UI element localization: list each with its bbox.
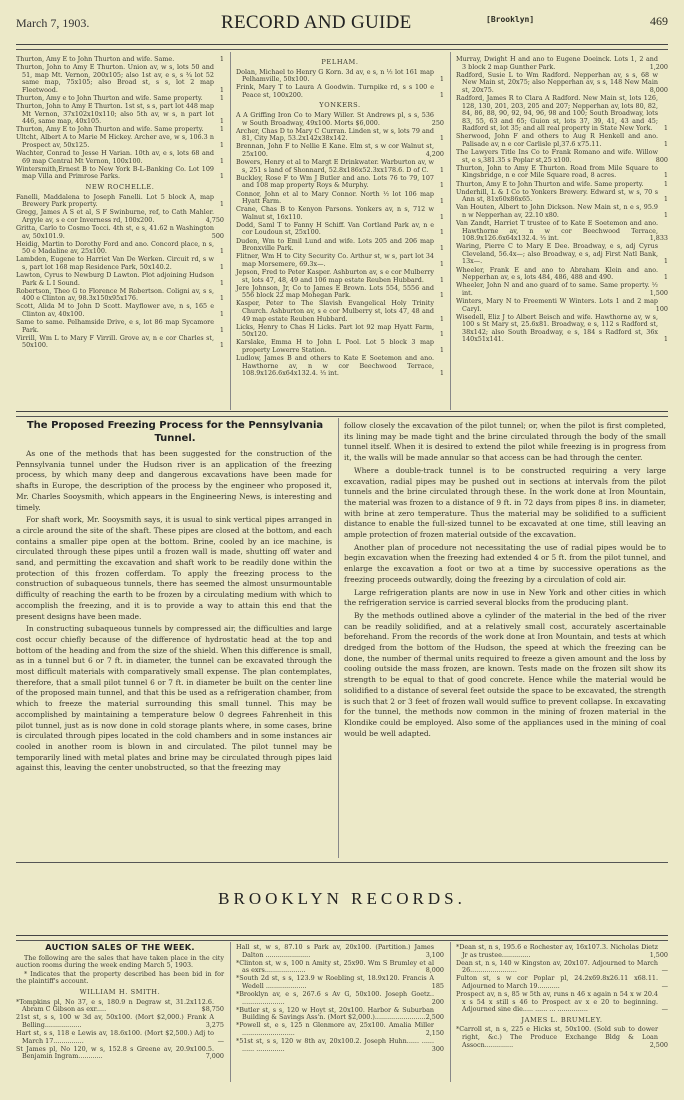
page-header: March 7, 1903. RECORD AND GUIDE [Brookly… bbox=[16, 12, 668, 32]
record-entry: Thurton, John to Amy E Thurton. Road fro… bbox=[456, 165, 668, 180]
record-entry: Winters, Mary N to Freementi W Winters. … bbox=[456, 298, 668, 313]
record-entry: *Brooklyn av, e s, 267.6 s Av G, 50x100.… bbox=[236, 991, 444, 1006]
article-paragraph: In constructing subaqueous tunnels by co… bbox=[16, 624, 332, 774]
record-entry: *Carroll st, n s, 225 e Hicks st, 50x100… bbox=[456, 1026, 668, 1049]
record-entry: Buckley, Rose F to Wm J Butler and ano. … bbox=[236, 175, 444, 190]
record-text: *Dean st, n s, 195.6 e Rochester av, 16x… bbox=[456, 943, 658, 959]
record-amount: 1 bbox=[220, 295, 224, 303]
record-entry: Fulton st, s w cor Poplar pl, 24.2x69.8x… bbox=[456, 975, 668, 990]
record-text: St James pl, No 120, w s, 152.8 s Greene… bbox=[16, 1045, 214, 1061]
record-entry: *South 2d st, s s, 123.9 w Roebling st, … bbox=[236, 975, 444, 990]
record-entry: Dolan, Michael to Henry G Korn. 3d av, e… bbox=[236, 69, 444, 84]
auction-column-1: AUCTION SALES OF THE WEEK. The following… bbox=[16, 944, 224, 1061]
auction-note: * Indicates that the property described … bbox=[16, 971, 224, 986]
section-label: [Brooklyn] bbox=[486, 15, 534, 24]
article-paragraph: For shaft work, Mr. Sooysmith says, it i… bbox=[16, 515, 332, 622]
record-text: Prospect av, n s, 85 w 5th av, runs n 46… bbox=[456, 990, 658, 1013]
article-end-rule bbox=[16, 862, 668, 863]
auction-intro: The following are the sales that have ta… bbox=[16, 955, 224, 970]
record-amount: 1 bbox=[220, 56, 224, 64]
record-text: Thurton, Amy e to John Thurton and wife.… bbox=[16, 94, 203, 102]
record-text: Thurton, Amy E to John Thurton and wife.… bbox=[456, 180, 644, 188]
record-entry: Wheeler, John N and ano guard of to same… bbox=[456, 282, 668, 297]
auctioneer-smith: WILLIAM H. SMITH. bbox=[16, 989, 224, 997]
column-divider bbox=[338, 418, 339, 858]
record-text: Karslake, Emma H to John L Pool. Lot 5 b… bbox=[236, 338, 434, 354]
record-text: The Lawyers Title Ins Co to Frank Romano… bbox=[456, 148, 658, 164]
record-text: Wisedell, Eliz J to Albert Beisch and wi… bbox=[456, 313, 658, 344]
record-text: Murray, Dwight H and ano to Eugene Doein… bbox=[456, 55, 658, 71]
record-entry: Gregg, James A S et al, S F Swinburne, r… bbox=[16, 209, 224, 224]
record-amount: — bbox=[662, 1006, 668, 1014]
record-entry: Frink, Mary T to Laura A Goodwin. Turnpi… bbox=[236, 84, 444, 99]
auction-column-2: Hall st, w s, 87.10 s Park av, 20x100. (… bbox=[236, 944, 444, 1054]
article-title: The Proposed Freezing Process for the Pe… bbox=[16, 419, 334, 445]
record-text: Ludlow, James B and others to Kate E Soe… bbox=[236, 354, 434, 377]
record-entry: Murray, Dwight H and ano to Eugene Doein… bbox=[456, 56, 668, 71]
record-entry: Van Zandt, Harriet T trustee of to Kate … bbox=[456, 220, 668, 243]
record-amount: 1 bbox=[664, 141, 668, 149]
column-divider bbox=[230, 52, 231, 410]
record-amount: 1 bbox=[220, 201, 224, 209]
record-text: *Powell st, e s, 125 n Glenmore av, 25x1… bbox=[236, 1021, 434, 1037]
auction-sales-title: AUCTION SALES OF THE WEEK. bbox=[16, 944, 224, 952]
record-amount: 1 bbox=[664, 336, 668, 344]
record-text: Brennan, John F to Nellie E Kane. Elm st… bbox=[236, 142, 434, 158]
record-entry: St James pl, No 120, w s, 152.8 s Greene… bbox=[16, 1046, 224, 1061]
record-text: Buckley, Rose F to Wm J Butler and ano. … bbox=[236, 174, 434, 190]
article-column-right: follow closely the excavation of the pil… bbox=[344, 421, 666, 741]
record-amount: 1 bbox=[220, 248, 224, 256]
header-rule bbox=[16, 44, 668, 50]
record-text: Lawton, Cyrus to Newburg D Lawton. Plot … bbox=[16, 271, 214, 287]
record-entry: Waring, Pierre C to Mary E Dee. Broadway… bbox=[456, 243, 668, 266]
record-amount: 1 bbox=[220, 280, 224, 288]
record-text: Jepson, Fred to Peter Kasper. Ashburton … bbox=[236, 268, 434, 284]
record-entry: Thurton, John to Amy E Thurton. 1st st, … bbox=[16, 103, 224, 126]
record-text: Gritta, Carlo to Cosmo Tocci. 4th st, e … bbox=[16, 224, 214, 240]
record-text: Virrill, Wm L to Mary F Virrill. Grove a… bbox=[16, 334, 214, 350]
record-text: *Butler st, s s, 120 w Hoyt st, 20x100. … bbox=[236, 1006, 434, 1022]
subhead-yonkers: YONKERS. bbox=[236, 102, 444, 110]
record-text: Thurton, John to Amy E Thurton. Road fro… bbox=[456, 164, 658, 180]
record-text: Thurton, John to Amy E Thurton. Union av… bbox=[16, 63, 214, 94]
record-amount: 1 bbox=[440, 370, 444, 378]
record-amount: 2,500 bbox=[650, 1042, 668, 1050]
record-entry: Jepson, Fred to Peter Kasper. Ashburton … bbox=[236, 269, 444, 284]
subhead-new-rochelle: NEW ROCHELLE. bbox=[16, 184, 224, 192]
record-entry: The Lawyers Title Ins Co to Frank Romano… bbox=[456, 149, 668, 164]
record-entry: Sherwood, John F and others to Aug R Hen… bbox=[456, 133, 668, 148]
record-text: Crane, Chas B to Kenyon Parsons. Yonkers… bbox=[236, 205, 434, 221]
record-entry: Bowers, Henry et al to Margt E Drinkwate… bbox=[236, 159, 444, 174]
record-entry: Ludlow, James B and others to Kate E Soe… bbox=[236, 355, 444, 378]
record-entry: Flitner, Wm H to City Security Co. Arthu… bbox=[236, 253, 444, 268]
record-amount: 7,000 bbox=[206, 1053, 224, 1061]
record-text: *Tompkins pl, No 37, e s, 180.9 n Degraw… bbox=[16, 998, 214, 1014]
record-amount: 1 bbox=[664, 181, 668, 189]
record-text: Wheeler, John N and ano guard of to same… bbox=[456, 281, 658, 297]
record-text: 21st st, s s, 100 w 3d av, 50x100. (Mort… bbox=[16, 1013, 214, 1029]
record-amount: 1 bbox=[664, 258, 668, 266]
record-text: Robertson, Theo G to Florence M Robertso… bbox=[16, 287, 214, 303]
record-text: Gregg, James A S et al, S F Swinburne, r… bbox=[16, 208, 214, 224]
article-paragraph: Another plan of procedure not necessitat… bbox=[344, 543, 666, 586]
record-text: Connor, John et al to Mary Connor. North… bbox=[236, 190, 434, 206]
record-entry: Same to same. Pelhamside Drive, e s, lot… bbox=[16, 319, 224, 334]
article-paragraph: Large refrigeration plants are now in us… bbox=[344, 588, 666, 609]
record-amount: 300 bbox=[432, 1046, 444, 1054]
record-entry: *Dean st, n s, 195.6 e Rochester av, 16x… bbox=[456, 944, 668, 959]
transfers-column-3: Murray, Dwight H and ano to Eugene Doein… bbox=[456, 56, 668, 344]
record-text: Thurton, Amy E to John Thurton and wife.… bbox=[16, 55, 174, 63]
record-text: Van Houten, Albert to John Dickson. New … bbox=[456, 203, 658, 219]
article-paragraph: As one of the methods that has been sugg… bbox=[16, 449, 332, 513]
article-column-left: As one of the methods that has been sugg… bbox=[16, 449, 332, 776]
record-text: Bowers, Henry et al to Margt E Drinkwate… bbox=[236, 158, 434, 174]
record-entry: Wintersmith,Ernest B to New York B-L-Ban… bbox=[16, 166, 224, 181]
record-amount: 1 bbox=[220, 126, 224, 134]
record-text: Duden, Wm to Emil Lund and wife. Lots 20… bbox=[236, 237, 434, 253]
record-entry: Radford, Susie L to Wm Radford. Nepperha… bbox=[456, 72, 668, 95]
record-text: *Clinton st, w s, 100 n Amity st, 25x90.… bbox=[236, 959, 434, 975]
record-text: Wheeler, Frank E and ano to Abraham Klei… bbox=[456, 266, 658, 282]
record-text: Flitner, Wm H to City Security Co. Arthu… bbox=[236, 252, 434, 268]
transfers-column-1: Thurton, Amy E to John Thurton and wife.… bbox=[16, 56, 224, 350]
subhead-pelham: PELHAM. bbox=[236, 59, 444, 67]
auctioneer-brumley: JAMES L. BRUMLEY. bbox=[456, 1017, 668, 1025]
auction-column-3: *Dean st, n s, 195.6 e Rochester av, 16x… bbox=[456, 944, 668, 1050]
column-divider bbox=[450, 52, 451, 410]
article-paragraph: follow closely the excavation of the pil… bbox=[344, 421, 666, 464]
record-entry: Duden, Wm to Emil Lund and wife. Lots 20… bbox=[236, 238, 444, 253]
record-entry: Scott, Alida M to John D Scott. Mayflowe… bbox=[16, 303, 224, 318]
record-amount: 1 bbox=[220, 311, 224, 319]
column-divider bbox=[450, 942, 451, 1082]
record-text: *South 2d st, s s, 123.9 w Roebling st, … bbox=[236, 974, 434, 990]
record-entry: Kasper, Peter to The Slavish Evangelical… bbox=[236, 300, 444, 323]
record-entry: Ultcht, Albert A to Marie M Hickey. Arch… bbox=[16, 134, 224, 149]
record-amount: 1 bbox=[440, 229, 444, 237]
record-entry: Lawton, Cyrus to Newburg D Lawton. Plot … bbox=[16, 272, 224, 287]
record-text: Wachter, Conrad to Jesse H Varian. 10th … bbox=[16, 149, 214, 165]
record-entry: Robertson, Theo G to Florence M Robertso… bbox=[16, 288, 224, 303]
record-text: *Brooklyn av, e s, 267.6 s Av G, 50x100.… bbox=[236, 990, 434, 1006]
record-entry: *Clinton st, w s, 100 n Amity st, 25x90.… bbox=[236, 960, 444, 975]
record-entry: Van Houten, Albert to John Dickson. New … bbox=[456, 204, 668, 219]
record-entry: Prospect av, n s, 85 w 5th av, runs n 46… bbox=[456, 991, 668, 1014]
record-entry: Heidig, Martin to Dorothy Ford and ano. … bbox=[16, 241, 224, 256]
record-amount: 1 bbox=[220, 158, 224, 166]
record-entry: *Tompkins pl, No 37, e s, 180.9 n Degraw… bbox=[16, 999, 224, 1014]
record-entry: Dodd, Saml T to Fanny H Schiff. Van Cort… bbox=[236, 222, 444, 237]
record-amount: 1 bbox=[664, 274, 668, 282]
transfers-column-2: PELHAM. Dolan, Michael to Henry G Korn. … bbox=[236, 56, 444, 378]
record-text: Radford, James R to Clara A Radford. New… bbox=[456, 94, 658, 132]
record-text: Kasper, Peter to The Slavish Evangelical… bbox=[236, 299, 434, 322]
record-amount: 1 bbox=[220, 342, 224, 350]
record-text: Thurton, John to Amy E Thurton. 1st st, … bbox=[16, 102, 214, 125]
record-text: Wintersmith,Ernest B to New York B-L-Ban… bbox=[16, 165, 214, 181]
issue-date: March 7, 1903. bbox=[16, 16, 89, 31]
record-amount: 1 bbox=[440, 316, 444, 324]
record-entry: A A Griffing Iron Co to Mary Willer. St … bbox=[236, 112, 444, 127]
record-entry: Licks, Henry to Chas H Licks. Part lot 9… bbox=[236, 324, 444, 339]
page-number: 469 bbox=[650, 14, 668, 29]
record-text: A A Griffing Iron Co to Mary Willer. St … bbox=[236, 111, 434, 127]
record-text: Frink, Mary T to Laura A Goodwin. Turnpi… bbox=[236, 83, 434, 99]
record-amount: 1 bbox=[664, 172, 668, 180]
record-amount: 1 bbox=[440, 347, 444, 355]
record-text: Jere Johnson, Jr, Co to James E Brown. L… bbox=[236, 284, 434, 300]
record-amount: 1 bbox=[220, 142, 224, 150]
record-entry: *Butler st, s s, 120 w Hoyt st, 20x100. … bbox=[236, 1007, 444, 1022]
record-text: Sherwood, John F and others to Aug R Hen… bbox=[456, 132, 658, 148]
record-entry: Gritta, Carlo to Cosmo Tocci. 4th st, e … bbox=[16, 225, 224, 240]
record-amount: 1 bbox=[440, 135, 444, 143]
record-text: Hart st, s s, 118 e Lewis av, 18.6x100. … bbox=[16, 1029, 214, 1045]
record-text: Ultcht, Albert A to Marie M Hickey. Arch… bbox=[16, 133, 214, 149]
record-amount: 1 bbox=[440, 167, 444, 175]
record-amount: 1 bbox=[440, 331, 444, 339]
record-text: *Carroll st, n s, 225 e Hicks st, 50x100… bbox=[456, 1025, 658, 1048]
record-amount: 1 bbox=[440, 292, 444, 300]
record-text: Fanelli, Maddalena to Joseph Fanelli. Lo… bbox=[16, 193, 214, 209]
record-amount: — bbox=[662, 983, 668, 991]
article-paragraph: Where a double-track tunnel is to be con… bbox=[344, 466, 666, 541]
record-entry: Karslake, Emma H to John L Pool. Lot 5 b… bbox=[236, 339, 444, 354]
record-amount: 1 bbox=[440, 92, 444, 100]
record-amount: 1 bbox=[440, 198, 444, 206]
record-text: Hall st, w s, 87.10 s Park av, 20x100. (… bbox=[236, 943, 434, 959]
record-entry: Archer, Chas D to Mary C Curran. Linden … bbox=[236, 128, 444, 143]
record-amount: 1 bbox=[220, 264, 224, 272]
record-text: Dodd, Saml T to Fanny H Schiff. Van Cort… bbox=[236, 221, 434, 237]
record-entry: Wisedell, Eliz J to Albert Beisch and wi… bbox=[456, 314, 668, 344]
record-text: Waring, Pierre C to Mary E Dee. Broadway… bbox=[456, 242, 658, 265]
record-entry: Crane, Chas B to Kenyon Parsons. Yonkers… bbox=[236, 206, 444, 221]
record-text: Underhill, L & I Co to Yonkers Brewery. … bbox=[456, 188, 658, 204]
record-text: Heidig, Martin to Dorothy Ford and ano. … bbox=[16, 240, 214, 256]
record-entry: Fanelli, Maddalena to Joseph Fanelli. Lo… bbox=[16, 194, 224, 209]
record-amount: — bbox=[218, 1038, 224, 1046]
brooklyn-rule bbox=[16, 935, 668, 941]
record-text: Licks, Henry to Chas H Licks. Part lot 9… bbox=[236, 323, 434, 339]
record-amount: 1 bbox=[440, 245, 444, 253]
record-entry: *Powell st, e s, 125 n Glenmore av, 25x1… bbox=[236, 1022, 444, 1037]
record-entry: Hart st, s s, 118 e Lewis av, 18.6x100. … bbox=[16, 1030, 224, 1045]
column-divider bbox=[230, 942, 231, 1082]
record-amount: 1 bbox=[220, 327, 224, 335]
record-amount: 1 bbox=[440, 76, 444, 84]
record-entry: Dean st, n s, 140 w Kingston av, 20x107.… bbox=[456, 960, 668, 975]
record-entry: Lambden, Eugene to Harriet Van De Werken… bbox=[16, 256, 224, 271]
record-entry: *51st st, s s, 120 w 8th av, 20x100.2. J… bbox=[236, 1038, 444, 1053]
publication-title: RECORD AND GUIDE bbox=[221, 12, 412, 34]
record-text: Dean st, n s, 140 w Kingston av, 20x107.… bbox=[456, 959, 658, 975]
record-text: Same to same. Pelhamside Drive, e s, lot… bbox=[16, 318, 214, 334]
record-entry: Hall st, w s, 87.10 s Park av, 20x100. (… bbox=[236, 944, 444, 959]
record-amount: 1 bbox=[664, 125, 668, 133]
record-text: Radford, Susie L to Wm Radford. Nepperha… bbox=[456, 71, 658, 94]
record-entry: Connor, John et al to Mary Connor. North… bbox=[236, 191, 444, 206]
record-entry: 21st st, s s, 100 w 3d av, 50x100. (Mort… bbox=[16, 1014, 224, 1029]
section-rule bbox=[16, 411, 668, 417]
record-text: Thurton, Amy E to John Thurton and wife.… bbox=[16, 125, 204, 133]
record-amount: 1 bbox=[220, 173, 224, 181]
record-amount: 1 bbox=[440, 182, 444, 190]
record-text: Van Zandt, Harriet T trustee of to Kate … bbox=[456, 219, 658, 242]
record-amount: 1 bbox=[664, 196, 668, 204]
record-text: Scott, Alida M to John D Scott. Mayflowe… bbox=[16, 302, 214, 318]
record-text: Winters, Mary N to Freementi W Winters. … bbox=[456, 297, 658, 313]
record-amount: 1 bbox=[220, 95, 224, 103]
record-amount: 1 bbox=[440, 214, 444, 222]
record-entry: Thurton, John to Amy E Thurton. Union av… bbox=[16, 64, 224, 94]
record-amount: 1 bbox=[664, 212, 668, 220]
record-entry: Underhill, L & I Co to Yonkers Brewery. … bbox=[456, 189, 668, 204]
record-text: *51st st, s s, 120 w 8th av, 20x100.2. J… bbox=[236, 1037, 434, 1053]
record-text: Dolan, Michael to Henry G Korn. 3d av, e… bbox=[236, 68, 434, 84]
record-text: Fulton st, s w cor Poplar pl, 24.2x69.8x… bbox=[456, 974, 658, 990]
record-entry: Wheeler, Frank E and ano to Abraham Klei… bbox=[456, 267, 668, 282]
record-entry: Jere Johnson, Jr, Co to James E Brown. L… bbox=[236, 285, 444, 300]
record-entry: Brennan, John F to Nellie E Kane. Elm st… bbox=[236, 143, 444, 158]
record-entry: Radford, James R to Clara A Radford. New… bbox=[456, 95, 668, 133]
record-amount: 1 bbox=[440, 261, 444, 269]
brooklyn-records-heading: BROOKLYN RECORDS. bbox=[16, 889, 668, 909]
record-amount: 1 bbox=[440, 277, 444, 285]
record-text: Lambden, Eugene to Harriet Van De Werken… bbox=[16, 255, 214, 271]
record-amount: — bbox=[662, 967, 668, 975]
record-text: Archer, Chas D to Mary C Curran. Linden … bbox=[236, 127, 434, 143]
record-entry: Virrill, Wm L to Mary F Virrill. Grove a… bbox=[16, 335, 224, 350]
record-entry: Wachter, Conrad to Jesse H Varian. 10th … bbox=[16, 150, 224, 165]
article-paragraph: By the methods outlined above a cylinder… bbox=[344, 611, 666, 739]
